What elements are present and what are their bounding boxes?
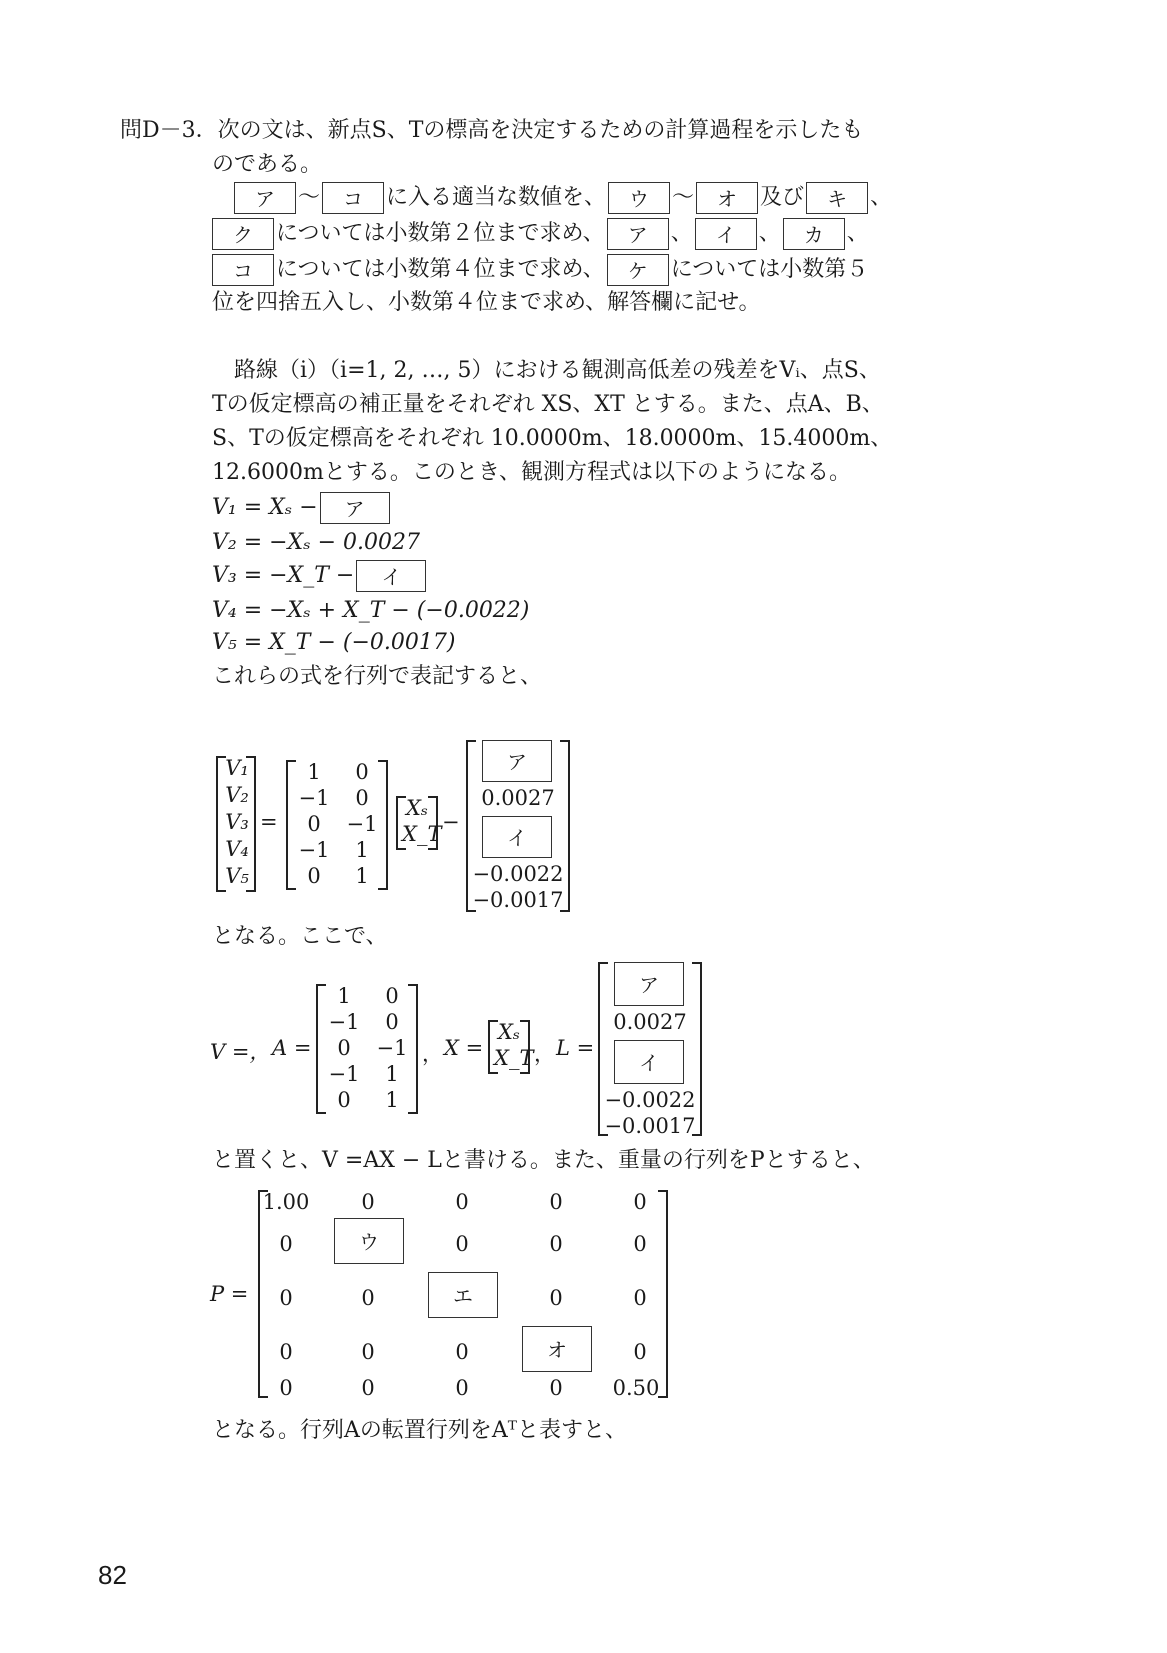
a-label: A = <box>272 1036 311 1060</box>
question-number: 問D－3． <box>120 118 218 143</box>
answer-box-a: ア <box>607 218 669 250</box>
equation-v2: V₂ = −Xₛ − 0.0027 <box>212 528 420 558</box>
matrix-l-def: ア 0.0027 イ −0.0022 −0.0017 <box>598 962 702 1136</box>
after-matrix-text: となる。ここで、 <box>212 922 388 952</box>
equation-v1: V₁ = Xₛ −ア <box>212 492 392 524</box>
answer-box-u: ウ <box>608 182 670 214</box>
answer-box-ki: キ <box>806 182 868 214</box>
page-number: 82 <box>98 1560 127 1591</box>
answer-box-o: オ <box>696 182 758 214</box>
answer-box-ko: コ <box>322 182 384 214</box>
answer-box-ku: ク <box>212 218 274 250</box>
answer-box-u: ウ <box>334 1218 404 1264</box>
answer-box-a: ア <box>614 962 684 1006</box>
equation-v3: V₃ = −X_T −イ <box>212 560 428 592</box>
question-line-2: のである。 <box>212 150 322 180</box>
answer-box-i: イ <box>356 560 426 592</box>
matrix-x: Xₛ X_T <box>396 796 438 850</box>
matrix-p: 1.00 0 0 0 0 0 ウ 0 0 0 0 0 エ 0 0 0 0 0 オ… <box>258 1190 668 1398</box>
answer-box-a: ア <box>482 740 552 782</box>
answer-box-i: イ <box>482 816 552 858</box>
instruction-line-3: ア～コに入る適当な数値を、ウ～オ及びキ、 <box>232 182 892 214</box>
matrix-intro-text: これらの式を行列で表記すると、 <box>212 662 542 692</box>
matrix-l: ア 0.0027 イ −0.0022 −0.0017 <box>466 740 570 912</box>
body-paragraph-3: S、Tの仮定標高をそれぞれ 10.0000m、18.0000m、15.4000m… <box>212 424 892 454</box>
matrix-a: 10 −10 0−1 −11 01 <box>286 760 388 890</box>
instruction-line-5: コについては小数第４位まで求め、ケについては小数第５ <box>210 254 868 286</box>
answer-box-i: イ <box>614 1040 684 1084</box>
instruction-line-6: 位を四捨五入し、小数第４位まで求め、解答欄に記せ。 <box>212 288 760 318</box>
after-definitions-text: と置くと、V =AX − Lと書ける。また、重量の行列をPとすると、 <box>212 1146 875 1176</box>
matrix-x-def: Xₛ X_T <box>488 1020 530 1074</box>
p-label: P = <box>210 1282 248 1306</box>
equals-sign: = <box>260 810 278 834</box>
answer-box-ke: ケ <box>607 254 669 286</box>
equation-v5: V₅ = X_T − (−0.0017) <box>212 628 455 658</box>
after-p-text: となる。行列Aの転置行列をAᵀと表すと、 <box>212 1416 627 1446</box>
body-paragraph-4: 12.6000mとする。このとき、観測方程式は以下のようになる。 <box>212 458 851 488</box>
x-label: X = <box>444 1036 483 1060</box>
answer-box-i: イ <box>695 218 757 250</box>
instruction-line-4: クについては小数第２位まで求め、ア、イ、カ、 <box>210 218 869 250</box>
answer-box-o: オ <box>522 1326 592 1372</box>
answer-box-a: ア <box>234 182 296 214</box>
l-label: L = <box>556 1036 594 1060</box>
answer-box-e: エ <box>428 1272 498 1318</box>
v-definition-prefix: V =， <box>210 1036 270 1066</box>
answer-box-ka: カ <box>783 218 845 250</box>
answer-box-ko: コ <box>212 254 274 286</box>
matrix-v: V₁ V₂ V₃ V₄ V₅ <box>216 756 256 892</box>
matrix-a-def: 10 −10 0−1 −11 01 <box>316 984 418 1114</box>
question-line-1: 問D－3．次の文は、新点S、Tの標高を決定するための計算過程を示したも <box>120 116 863 146</box>
equation-v4: V₄ = −Xₛ + X_T − (−0.0022) <box>212 596 529 626</box>
answer-box-a: ア <box>320 492 390 524</box>
body-paragraph-2: Tの仮定標高の補正量をそれぞれ XS、XT とする。また、点A、B、 <box>212 390 884 420</box>
minus-sign: − <box>442 810 460 834</box>
body-paragraph-1: 路線（i）（i=1, 2, …, 5）における観測高低差の残差をVᵢ、点S、 <box>234 356 881 386</box>
